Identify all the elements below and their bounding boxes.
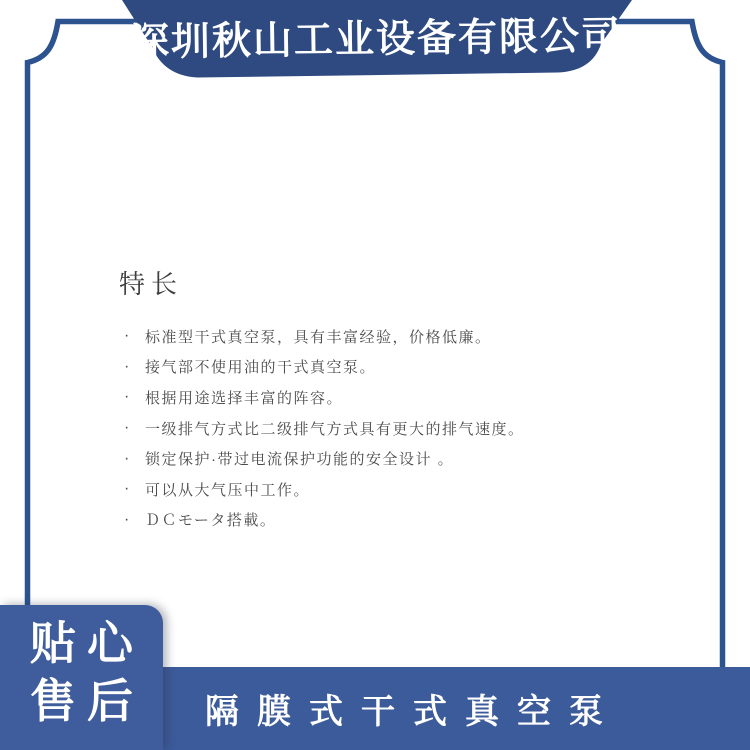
bullet-dot-icon: · (124, 420, 145, 436)
feature-item: · 标准型干式真空泵，具有丰富经验，价格低廉。 (120, 321, 700, 352)
bullet-dot-icon: · (124, 512, 145, 528)
bullet-dot-icon: · (124, 481, 145, 497)
bullet-dot-icon: · (124, 451, 145, 467)
badge-line-2: 售后 (30, 672, 163, 730)
bullet-dot-icon: · (124, 359, 145, 375)
product-title: 隔膜式干式真空泵 (205, 684, 621, 733)
feature-text: 根据用途选择丰富的阵容。 (145, 387, 343, 408)
feature-text: ＤＣモータ搭載。 (145, 509, 276, 530)
after-sales-badge: 贴心 售后 (0, 605, 163, 750)
feature-item: · 锁定保护·带过电流保护功能的安全设计 。 (120, 443, 700, 474)
product-title-bar: 隔膜式干式真空泵 (163, 667, 750, 750)
feature-item: · ＤＣモータ搭載。 (120, 505, 700, 536)
features-heading: 特长 (119, 264, 183, 301)
feature-item: · 根据用途选择丰富的阵容。 (120, 382, 700, 413)
feature-item: · 接气部不使用油的干式真空泵。 (120, 352, 700, 383)
feature-text: 一级排气方式比二级排气方式具有更大的排气速度。 (145, 418, 525, 439)
bullet-dot-icon: · (124, 389, 145, 405)
product-detail-page: 深圳秋山工业设备有限公司 特长 · 标准型干式真空泵，具有丰富经验，价格低廉。 … (0, 0, 750, 750)
bullet-dot-icon: · (124, 328, 145, 344)
badge-line-1: 贴心 (30, 614, 163, 672)
feature-list: · 标准型干式真空泵，具有丰富经验，价格低廉。 · 接气部不使用油的干式真空泵。… (120, 321, 700, 535)
feature-text: 接气部不使用油的干式真空泵。 (145, 356, 376, 377)
feature-text: 可以从大气压中工作。 (145, 479, 310, 500)
feature-text: 锁定保护·带过电流保护功能的安全设计 。 (145, 448, 454, 469)
feature-item: · 可以从大气压中工作。 (120, 474, 700, 505)
feature-item: · 一级排气方式比二级排气方式具有更大的排气速度。 (120, 413, 700, 444)
feature-text: 标准型干式真空泵，具有丰富经验，价格低廉。 (145, 326, 492, 347)
company-name-banner: 深圳秋山工业设备有限公司 (118, 8, 635, 71)
